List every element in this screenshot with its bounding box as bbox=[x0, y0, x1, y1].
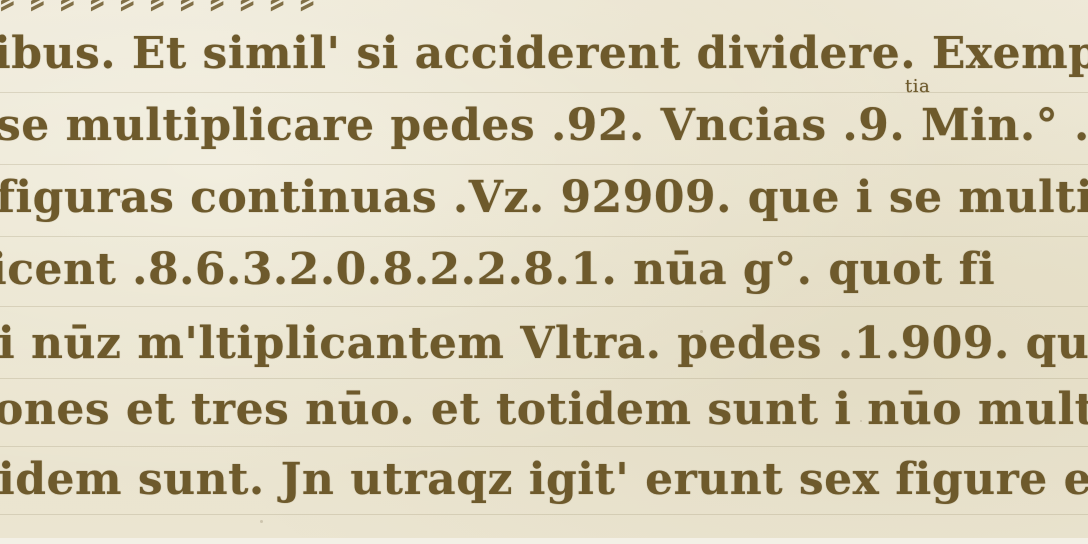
ruling-line bbox=[0, 164, 1088, 165]
parchment-speck bbox=[120, 200, 123, 203]
ruling-line bbox=[0, 306, 1088, 307]
manuscript-line-4: icent .8.6.3.2.0.8.2.2.8.1. nūa g°. quot… bbox=[0, 244, 995, 295]
manuscript-line-3: figuras continuas .Vz. 92909. que i se m… bbox=[0, 172, 1088, 223]
ruling-line bbox=[0, 514, 1088, 515]
cropped-top-line: ⸗ ⸗ ⸗ ⸗ ⸗ ⸗ ⸗ ⸗ ⸗ ⸗ ⸗ bbox=[0, 0, 314, 25]
manuscript-line-7: idem sunt. Jn utraqz igit' erunt sex fig… bbox=[0, 454, 1088, 505]
parchment-speck bbox=[700, 330, 703, 333]
manuscript-line-5: i nūz m'ltiplicantem Vltra. pedes .1.909… bbox=[0, 318, 1088, 369]
image-bottom-border bbox=[0, 538, 1088, 544]
parchment-speck bbox=[260, 520, 263, 523]
ruling-line bbox=[0, 236, 1088, 237]
manuscript-line-6: ones et tres nūo. et totidem sunt i nūo … bbox=[0, 384, 1088, 435]
parchment-speck bbox=[410, 120, 412, 122]
parchment-speck bbox=[860, 420, 862, 422]
ruling-line bbox=[0, 446, 1088, 447]
manuscript-line-1: ibus. Et simil' si acciderent dividere. … bbox=[0, 28, 1088, 79]
parchment-speck bbox=[980, 250, 982, 252]
ruling-line bbox=[0, 378, 1088, 379]
manuscript-line-2: se multiplicare pedes .92. Vncias .9. Mi… bbox=[0, 100, 1088, 151]
interlinear-gloss: tia bbox=[905, 76, 930, 97]
manuscript-page: ⸗ ⸗ ⸗ ⸗ ⸗ ⸗ ⸗ ⸗ ⸗ ⸗ ⸗ ibus. Et simil' si… bbox=[0, 0, 1088, 544]
